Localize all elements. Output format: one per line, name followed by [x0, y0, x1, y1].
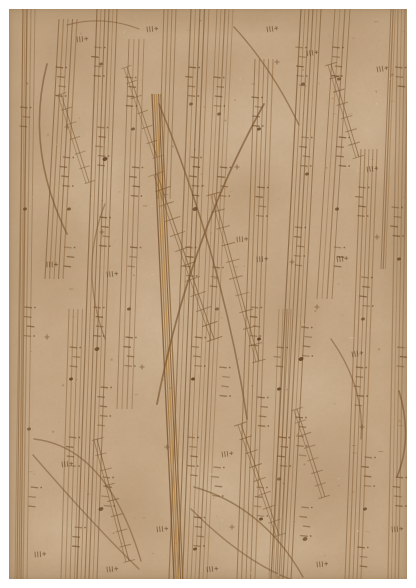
fine-grain-overlay [9, 9, 407, 579]
white-border-frame [0, 0, 416, 588]
parchment-sheet [9, 9, 407, 579]
aged-sheet-music-texture [9, 9, 407, 579]
